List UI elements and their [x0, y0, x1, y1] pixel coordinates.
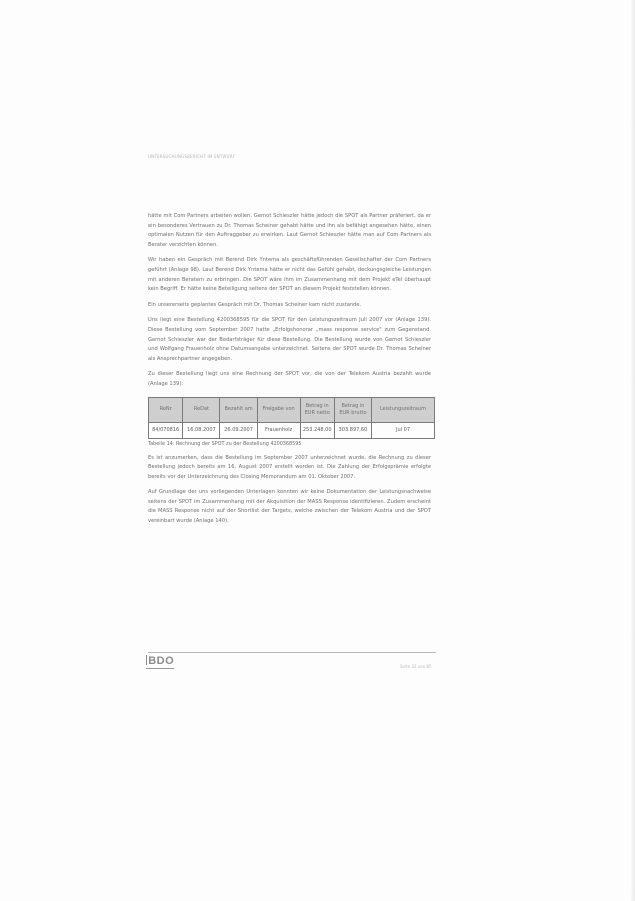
table-cell: Jul 07	[372, 422, 435, 438]
table-cell: 16.08.2007	[183, 422, 220, 438]
paragraph: Uns liegt eine Bestellung 4200368595 für…	[148, 316, 431, 364]
scan-edge-shadow	[631, 0, 635, 901]
page-number: Seite 32 von 85	[400, 664, 431, 669]
column-header: Betrag in EUR brutto	[334, 397, 371, 422]
table-caption: Tabelle 14: Rechnung der SPOT zu der Bes…	[148, 441, 431, 447]
page-body: hätte mit Com Partners arbeiten wollen. …	[148, 212, 431, 533]
paragraph: Ein unsererseits geplantes Gespräch mit …	[148, 301, 431, 311]
column-header: Bezahlt am	[220, 397, 257, 422]
logo-bar-icon	[146, 655, 147, 665]
paragraph: hätte mit Com Partners arbeiten wollen. …	[148, 212, 431, 250]
column-header: ReDat	[183, 397, 220, 422]
column-header: Betrag in EUR netto	[300, 397, 334, 422]
paragraph: Wir haben ein Gespräch mit Berend Dirk Y…	[148, 256, 431, 294]
footer-divider	[148, 652, 436, 653]
table-cell: 84/070816	[149, 422, 183, 438]
invoice-table: ReNr ReDat Bezahlt am Freigabe von Betra…	[148, 397, 435, 439]
table-cell: 26.09.2007	[220, 422, 257, 438]
logo-text: BDO	[148, 655, 174, 667]
column-header: Leistungszeitraum	[372, 397, 435, 422]
table-cell: Frauenholz	[257, 422, 300, 438]
table-cell: 303.897,60	[334, 422, 371, 438]
paragraph: Es ist anzumerken, dass die Bestellung i…	[148, 454, 431, 483]
column-header: ReNr	[149, 397, 183, 422]
column-header: Freigabe von	[257, 397, 300, 422]
table-cell: 253.248,00	[300, 422, 334, 438]
paragraph: Zu dieser Bestellung liegt uns eine Rech…	[148, 370, 431, 389]
running-header: Untersuchungsbericht im Entwurf	[148, 154, 235, 159]
bdo-logo: BDO	[146, 655, 174, 667]
paragraph: Auf Grundlage der uns vorliegenden Unter…	[148, 488, 431, 526]
table-row: 84/070816 16.08.2007 26.09.2007 Frauenho…	[149, 422, 435, 438]
table-header-row: ReNr ReDat Bezahlt am Freigabe von Betra…	[149, 397, 435, 422]
